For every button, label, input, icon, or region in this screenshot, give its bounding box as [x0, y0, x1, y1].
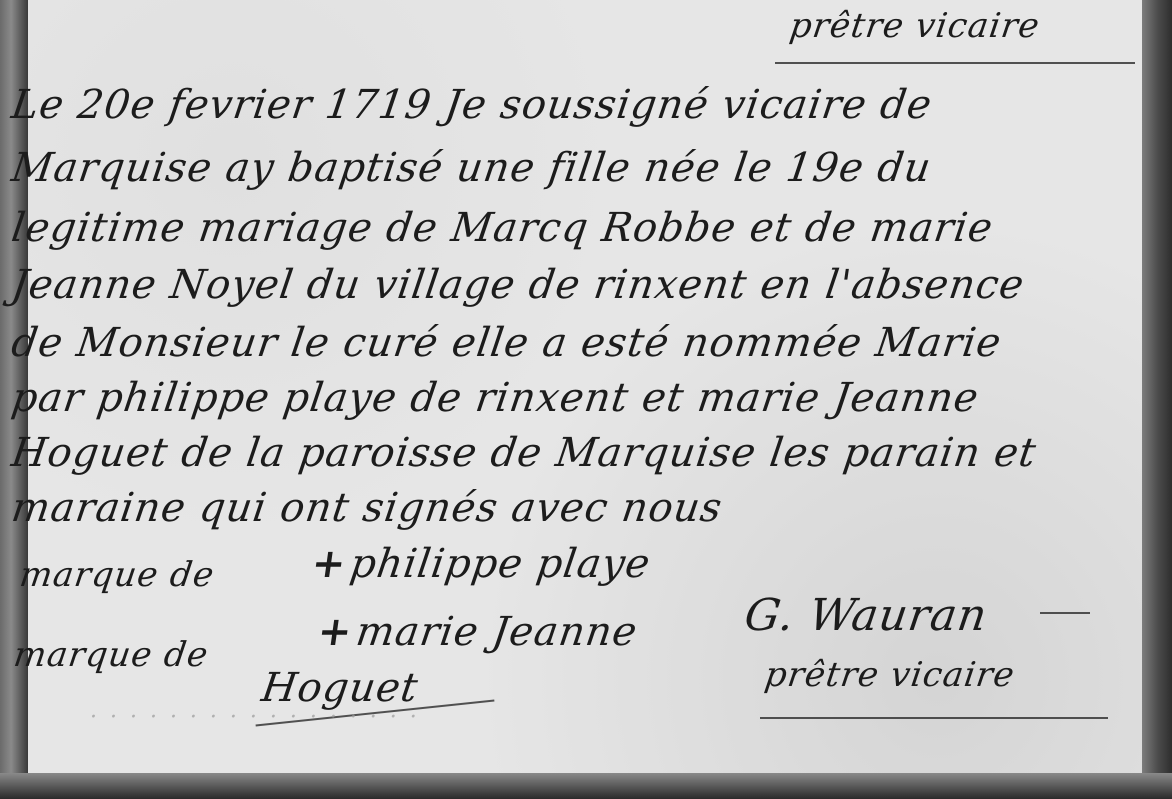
register-page-scan: prêtre vicaire Le 20e fevrier 1719 Je so…: [0, 0, 1172, 799]
page-bottom-edge: [0, 773, 1172, 799]
priest-signature: G. Wauran: [741, 590, 990, 641]
entry-separator-rule: [775, 62, 1135, 64]
page-binding-right: [1142, 0, 1172, 799]
entry-line-1: Le 20e fevrier 1719 Je soussigné vicaire…: [9, 82, 935, 128]
godfather-signature: +philippe playe: [309, 540, 654, 587]
entry-line-4: Jeanne Noyel du village de rinxent en l'…: [9, 262, 1028, 308]
entry-line-5: de Monsieur le curé elle a esté nommée M…: [9, 320, 1005, 366]
priest-title: prêtre vicaire: [762, 655, 1017, 695]
godfather-name: philippe playe: [347, 541, 653, 587]
entry-line-6: par philippe playe de rinxent et marie J…: [9, 375, 982, 421]
entry-line-3: legitime mariage de Marcq Robbe et de ma…: [9, 205, 996, 251]
godmother-mark-label: marque de: [11, 635, 211, 675]
previous-entry-signoff: prêtre vicaire: [787, 6, 1042, 46]
entry-line-7: Hoguet de la paroisse de Marquise les pa…: [9, 430, 1040, 476]
closing-rule: [760, 717, 1108, 719]
bleedthrough-text: · · · · · · · · · · · · · · · · ·: [90, 705, 420, 730]
godmother-signature: +marie Jeanne: [315, 608, 641, 655]
entry-line-8: maraine qui ont signés avec nous: [9, 485, 726, 531]
entry-line-2: Marquise ay baptisé une fille née le 19e…: [9, 145, 935, 191]
godfather-mark-label: marque de: [17, 555, 217, 595]
godmother-name-line1: marie Jeanne: [353, 609, 640, 655]
cross-mark-icon: +: [315, 608, 356, 655]
priest-signature-dash: [1040, 612, 1090, 614]
cross-mark-icon: +: [309, 540, 350, 587]
